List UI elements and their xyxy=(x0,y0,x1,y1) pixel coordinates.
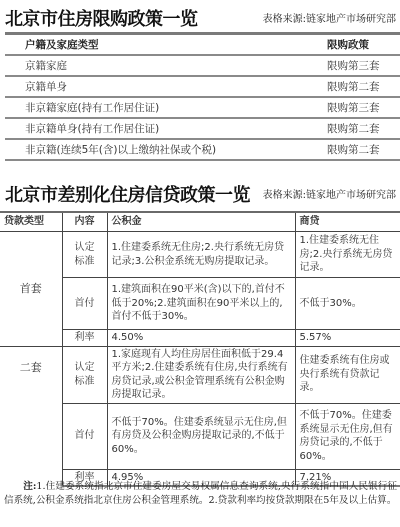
row-label-criteria: 认定标准 xyxy=(62,346,107,403)
row-label-criteria: 认定标准 xyxy=(62,232,107,278)
table-row: 非京籍家庭(持有工作居住证) 限购第三套 xyxy=(5,96,400,117)
policy: 限购第二套 xyxy=(302,79,400,94)
column-header-content: 内容 xyxy=(62,212,107,232)
row-label-down-payment: 首付 xyxy=(62,403,107,469)
household-type: 京籍单身 xyxy=(5,79,302,94)
credit-policy-title: 北京市差别化住房信贷政策一览 xyxy=(5,181,250,207)
row-label-down-payment: 首付 xyxy=(62,278,107,330)
table-row: 首套 认定标准 1.住建委系统无住房;2.央行系统无房贷记录;3.公积金系统无购… xyxy=(0,232,400,278)
table-row: 非京籍单身(持有工作居住证) 限购第二套 xyxy=(5,117,400,138)
table-row: 二套 认定标准 1.家庭现有人均住房居住面积低于29.4平方米;2.住建委系统有… xyxy=(0,346,400,403)
commercial-down-payment: 不低于30%。 xyxy=(295,278,400,330)
household-type: 非京籍家庭(持有工作居住证) xyxy=(5,100,302,115)
column-header-provident-fund: 公积金 xyxy=(107,212,295,232)
commercial-criteria: 1.住建委系统无住房;2.央行系统无房贷记录。 xyxy=(295,232,400,278)
table-header-row: 户籍及家庭类型 限购政策 xyxy=(5,32,400,54)
footnote-text: 1.住建委系统指北京市住建委房屋交易权属信息查询系统,央行系统指中国人民银行征信… xyxy=(4,481,397,506)
fund-rate: 4.50% xyxy=(107,330,295,347)
loan-type-second-home: 二套 xyxy=(0,346,62,486)
column-header-policy: 限购政策 xyxy=(302,37,400,52)
purchase-policy-title: 北京市住房限购政策一览 xyxy=(5,5,198,31)
purchase-policy-table: 户籍及家庭类型 限购政策 京籍家庭 限购第三套 京籍单身 限购第二套 非京籍家庭… xyxy=(5,32,400,161)
policy: 限购第三套 xyxy=(302,100,400,115)
table-row: 非京籍(连续5年(含)以上缴纳社保或个税) 限购第二套 xyxy=(5,138,400,161)
table-row: 京籍家庭 限购第三套 xyxy=(5,54,400,75)
row-label-rate: 利率 xyxy=(62,330,107,347)
credit-policy-table: 贷款类型 内容 公积金 商贷 首套 认定标准 1.住建委系统无住房;2.央行系统… xyxy=(0,211,400,487)
column-header-household-type: 户籍及家庭类型 xyxy=(5,37,302,52)
fund-criteria: 1.住建委系统无住房;2.央行系统无房贷记录;3.公积金系统无购房提取记录。 xyxy=(107,232,295,278)
commercial-rate: 5.57% xyxy=(295,330,400,347)
policy: 限购第三套 xyxy=(302,58,400,73)
fund-down-payment: 1.建筑面积在90平米(含)以下的,首付不低于20%;2.建筑面积在90平米以上… xyxy=(107,278,295,330)
loan-type-first-home: 首套 xyxy=(0,232,62,347)
household-type: 京籍家庭 xyxy=(5,58,302,73)
table-header-row: 贷款类型 内容 公积金 商贷 xyxy=(0,212,400,232)
household-type: 非京籍单身(持有工作居住证) xyxy=(5,121,302,136)
footnote: 注:1.住建委系统指北京市住建委房屋交易权属信息查询系统,央行系统指中国人民银行… xyxy=(4,480,397,508)
footnote-label: 注: xyxy=(23,481,36,492)
policy: 限购第二套 xyxy=(302,142,400,157)
policy: 限购第二套 xyxy=(302,121,400,136)
fund-criteria: 1.家庭现有人均住房居住面积低于29.4平方米;2.住建委系统有住房,央行系统有… xyxy=(107,346,295,403)
commercial-down-payment: 不低于70%。住建委系统显示无住房,但有房贷记录的,不低于60%。 xyxy=(295,403,400,469)
household-type: 非京籍(连续5年(含)以上缴纳社保或个税) xyxy=(5,142,302,157)
column-header-commercial-loan: 商贷 xyxy=(295,212,400,232)
credit-policy-source: 表格来源:链家地产市场研究部 xyxy=(263,186,396,201)
fund-down-payment: 不低于70%。住建委系统显示无住房,但有房贷及公积金购房提取记录的,不低于60%… xyxy=(107,403,295,469)
commercial-criteria: 住建委系统有住房或央行系统有贷款记录。 xyxy=(295,346,400,403)
column-header-loan-type: 贷款类型 xyxy=(0,212,62,232)
purchase-policy-source: 表格来源:链家地产市场研究部 xyxy=(263,10,396,25)
table-row: 京籍单身 限购第二套 xyxy=(5,75,400,96)
